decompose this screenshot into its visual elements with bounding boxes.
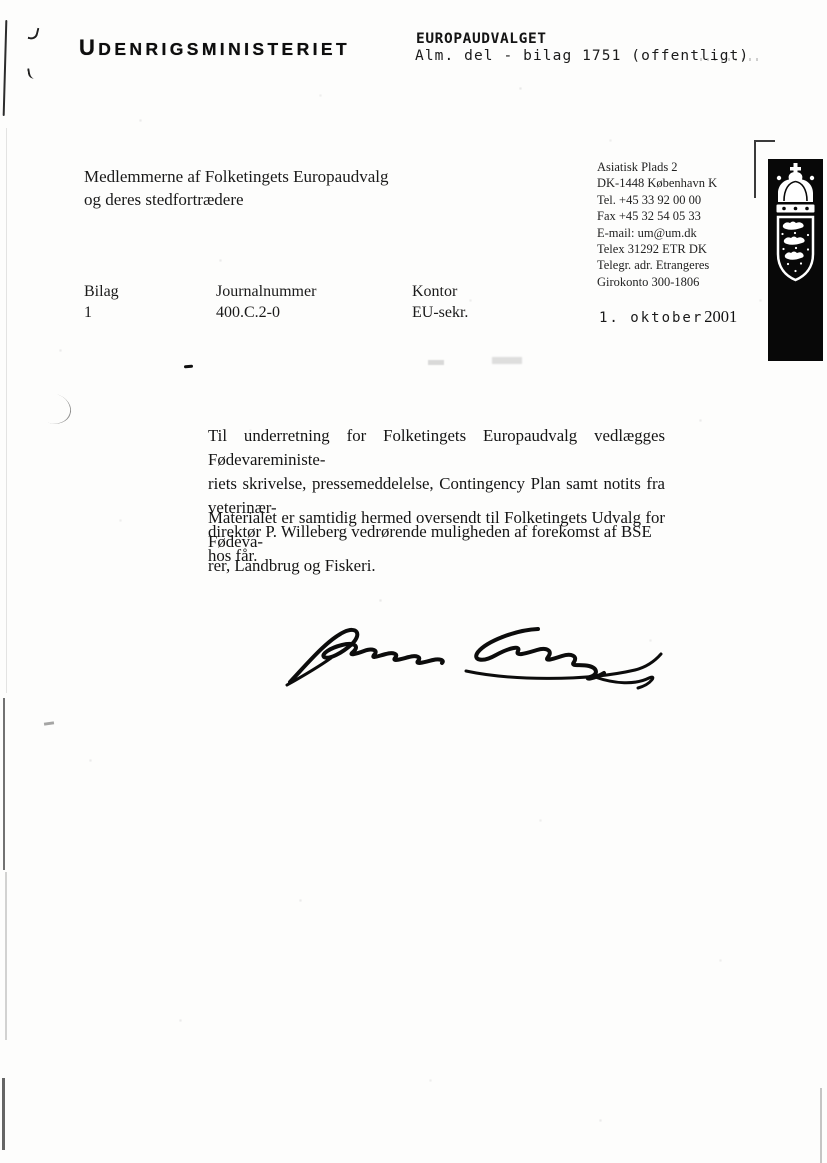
scan-corner-mark (754, 140, 756, 198)
sender-telegram-line: Telegr. adr. Etrangeres (597, 257, 717, 273)
recipient-address: Medlemmerne af Folketingets Europaudvalg… (84, 165, 389, 211)
sender-telex-line: Telex 31292 ETR DK (597, 241, 717, 257)
committee-stamp-reference: Alm. del - bilag 1751 (offentligt) (415, 48, 749, 64)
sender-address-line: DK-1448 København K (597, 175, 717, 191)
date-year: 2001 (704, 307, 737, 326)
sender-giro-line: Girokonto 300-1806 (597, 274, 717, 290)
recipient-line: Medlemmerne af Folketingets Europaudvalg (84, 165, 389, 188)
body-line: rer, Landbrug og Fiskeri. (208, 554, 665, 578)
scan-smudge-artifact (428, 360, 444, 365)
recipient-line: og deres stedfortrædere (84, 188, 389, 211)
scan-smudge-artifact (492, 357, 522, 364)
sender-fax-line: Fax +45 32 54 05 33 (597, 208, 717, 224)
scan-edge-artifact (2, 1078, 5, 1150)
journal-number-value: 400.C.2-0 (216, 304, 280, 322)
journal-number-label: Journalnummer (216, 283, 316, 301)
scanned-letter-page: UDENRIGSMINISTERIET EUROPAUDVALGET Alm. … (0, 0, 827, 1163)
royal-crest-icon (768, 159, 823, 361)
scan-mark-artifact (28, 26, 40, 41)
scan-mark-artifact (44, 721, 54, 725)
scan-edge-artifact (3, 20, 8, 116)
date-day-month: 1. oktober (599, 310, 703, 326)
signature-icon (283, 620, 673, 708)
sender-address-line: Asiatisk Plads 2 (597, 159, 717, 175)
bilag-value: 1 (84, 304, 92, 322)
body-line: Til underretning for Folketingets Europa… (208, 424, 665, 472)
body-line: Materialet er samtidig hermed oversendt … (208, 506, 665, 554)
scan-edge-artifact (5, 872, 7, 1040)
sender-contact-block: Asiatisk Plads 2 DK-1448 København K Tel… (597, 159, 717, 290)
scan-edge-artifact (3, 698, 5, 870)
scan-mark-artifact (184, 365, 193, 369)
scan-mark-artifact (27, 68, 36, 80)
office-label: Kontor (412, 283, 457, 301)
date-line: 1. oktober2001 (599, 307, 737, 327)
scan-mark-artifact (46, 393, 75, 428)
bilag-label: Bilag (84, 283, 119, 301)
committee-stamp-title: EUROPAUDVALGET (416, 31, 547, 47)
ministry-title: UDENRIGSMINISTERIET (79, 35, 350, 61)
body-paragraph-2: Materialet er samtidig hermed oversendt … (208, 506, 665, 578)
sender-email-line: E-mail: um@um.dk (597, 225, 717, 241)
sender-phone-line: Tel. +45 33 92 00 00 (597, 192, 717, 208)
scan-noise-specks (0, 0, 1, 1)
office-value: EU-sekr. (412, 304, 468, 322)
scan-edge-artifact (6, 128, 7, 693)
scan-corner-mark (754, 140, 775, 142)
scan-edge-artifact (820, 1088, 822, 1163)
